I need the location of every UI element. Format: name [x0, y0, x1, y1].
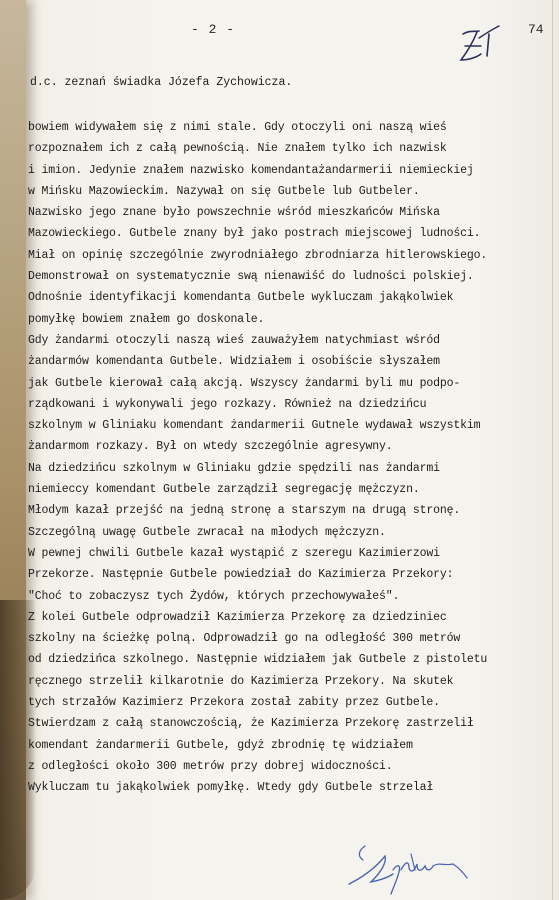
text-line: ręcznego strzelił kilkarotnie do Kazimie… [28, 671, 548, 692]
text-line: żandarmów komendanta Gutbele. Widziałem … [28, 351, 548, 372]
text-line: z odległości około 300 metrów przy dobre… [28, 756, 548, 777]
page-marker: - 2 - [191, 22, 235, 37]
handwritten-page-annotation [455, 24, 505, 66]
text-line: od dziedzińca szkolnego. Następnie widzi… [28, 649, 548, 670]
text-line: żandarmom rozkazy. Był on wtedy szczegól… [28, 436, 548, 457]
page-fold-line [552, 0, 553, 900]
text-line: Przekorze. Następnie Gutbele powiedział … [28, 564, 548, 585]
document-heading: d.c. zeznań świadka Józefa Zychowicza. [30, 76, 292, 89]
text-line: Stwierdzam z całą stanowczością, że Kazi… [28, 713, 548, 734]
text-line: Nazwisko jego znane było powszechnie wśr… [28, 202, 548, 223]
text-line: Z kolei Gutbele odprowadził Kazimierza P… [28, 607, 548, 628]
text-line: Miał on opinię szczególnie zwyrodniałego… [28, 245, 548, 266]
text-line: i imion. Jedynie znałem nazwisko komenda… [28, 160, 548, 181]
text-line: niemieccy komendant Gutbele zarządził se… [28, 479, 548, 500]
text-line: Gdy żandarmi otoczyli naszą wieś zauważy… [28, 330, 548, 351]
archive-page-number: 74 [528, 22, 544, 37]
text-line: Mazowieckiego. Gutbele znany był jako po… [28, 223, 548, 244]
text-line: tych strzałów Kazimierz Przekora został … [28, 692, 548, 713]
text-line: Demonstrował on systematycznie swą niena… [28, 266, 548, 287]
handwritten-signature [335, 840, 475, 900]
text-line: W pewnej chwili Gutbele kazał wystąpić z… [28, 543, 548, 564]
text-line: bowiem widywałem się z nimi stale. Gdy o… [28, 117, 548, 138]
text-line: "Choć to zobaczysz tych Żydów, których p… [28, 586, 548, 607]
text-line: Na dziedzińcu szkolnym w Gliniaku gdzie … [28, 458, 548, 479]
text-line: Odnośnie identyfikacji komendanta Gutbel… [28, 287, 548, 308]
text-line: komendant żandarmerii Gutbele, gdyż zbro… [28, 735, 548, 756]
text-line: Młodym kazał przejść na jedną stronę a s… [28, 500, 548, 521]
text-line: Szczególną uwagę Gutbele zwracał na młod… [28, 522, 548, 543]
text-line: jak Gutbele kierował całą akcją. Wszyscy… [28, 373, 548, 394]
text-line: rządkowani i wykonywali jego rozkazy. Ró… [28, 394, 548, 415]
text-line: Wykluczam tu jakąkolwiek pomyłkę. Wtedy … [28, 777, 548, 798]
text-line: szkolnym w Gliniaku komendant żandarmeri… [28, 415, 548, 436]
text-line: rozpoznałem ich z całą pewnością. Nie zn… [28, 138, 548, 159]
text-line: w Mińsku Mazowieckim. Nazywał on się Gut… [28, 181, 548, 202]
text-line: szkolny na ścieżkę polną. Odprowadził go… [28, 628, 548, 649]
text-line: pomyłkę bowiem znałem go doskonale. [28, 309, 548, 330]
testimony-body: bowiem widywałem się z nimi stale. Gdy o… [28, 117, 548, 799]
